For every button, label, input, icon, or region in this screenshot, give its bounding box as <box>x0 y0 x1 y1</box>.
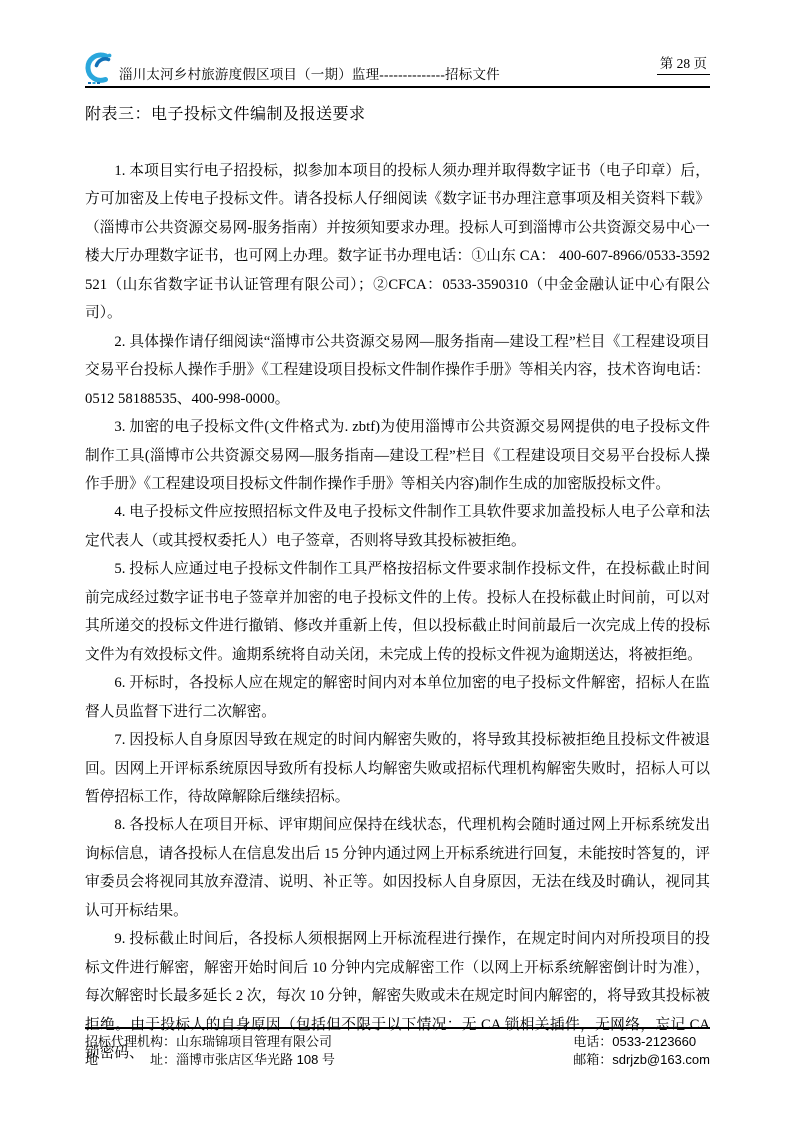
footer-right-column: 电话：0533-2123660 邮箱：sdrjzb@163.com <box>573 1033 710 1068</box>
paragraph-4: 4. 电子投标文件应按照招标文件及电子投标文件制作工具软件要求加盖投标人电子公章… <box>85 498 710 555</box>
paragraph-7: 7. 因投标人自身原因导致在规定的时间内解密失败的，将导致其投标被拒绝且投标文件… <box>85 726 710 811</box>
document-body: 1. 本项目实行电子招投标，拟参加本项目的投标人须办理并取得数字证书（电子印章）… <box>85 157 710 1068</box>
header-left: 淄川太河乡村旅游度假区项目（一期）监理--------------招标文件 <box>85 47 500 83</box>
footer-left-column: 招标代理机构：山东瑞锦项目管理有限公司 地 址：淄博市张店区华光路 108 号 <box>85 1033 335 1068</box>
document-page: 淄川太河乡村旅游度假区项目（一期）监理--------------招标文件 第 … <box>0 0 793 1122</box>
company-logo-icon <box>85 51 115 87</box>
footer-address: 地 址：淄博市张店区华光路 108 号 <box>85 1051 335 1069</box>
footer-email: 邮箱：sdrjzb@163.com <box>573 1051 710 1069</box>
attachment-title: 附表三：电子投标文件编制及报送要求 <box>85 101 710 124</box>
paragraph-6: 6. 开标时，各投标人应在规定的解密时间内对本单位加密的电子投标文件解密，招标人… <box>85 669 710 726</box>
footer-phone: 电话：0533-2123660 <box>573 1033 710 1051</box>
paragraph-8: 8. 各投标人在项目开标、评审期间应保持在线状态，代理机构会随时通过网上开标系统… <box>85 811 710 925</box>
page-number: 第 28 页 <box>657 52 710 75</box>
paragraph-3: 3. 加密的电子投标文件(文件格式为. zbtf)为使用淄博市公共资源交易网提供… <box>85 413 710 498</box>
page-header: 淄川太河乡村旅游度假区项目（一期）监理--------------招标文件 第 … <box>85 50 710 88</box>
header-project-title: 淄川太河乡村旅游度假区项目（一期）监理--------------招标文件 <box>119 63 500 83</box>
paragraph-2: 2. 具体操作请仔细阅读“淄博市公共资源交易网—服务指南—建设工程”栏目《工程建… <box>85 328 710 413</box>
page-footer: 招标代理机构：山东瑞锦项目管理有限公司 地 址：淄博市张店区华光路 108 号 … <box>85 1027 710 1068</box>
paragraph-5: 5. 投标人应通过电子投标文件制作工具严格按招标文件要求制作投标文件，在投标截止… <box>85 555 710 669</box>
paragraph-1: 1. 本项目实行电子招投标，拟参加本项目的投标人须办理并取得数字证书（电子印章）… <box>85 157 710 328</box>
footer-agency: 招标代理机构：山东瑞锦项目管理有限公司 <box>85 1033 335 1051</box>
